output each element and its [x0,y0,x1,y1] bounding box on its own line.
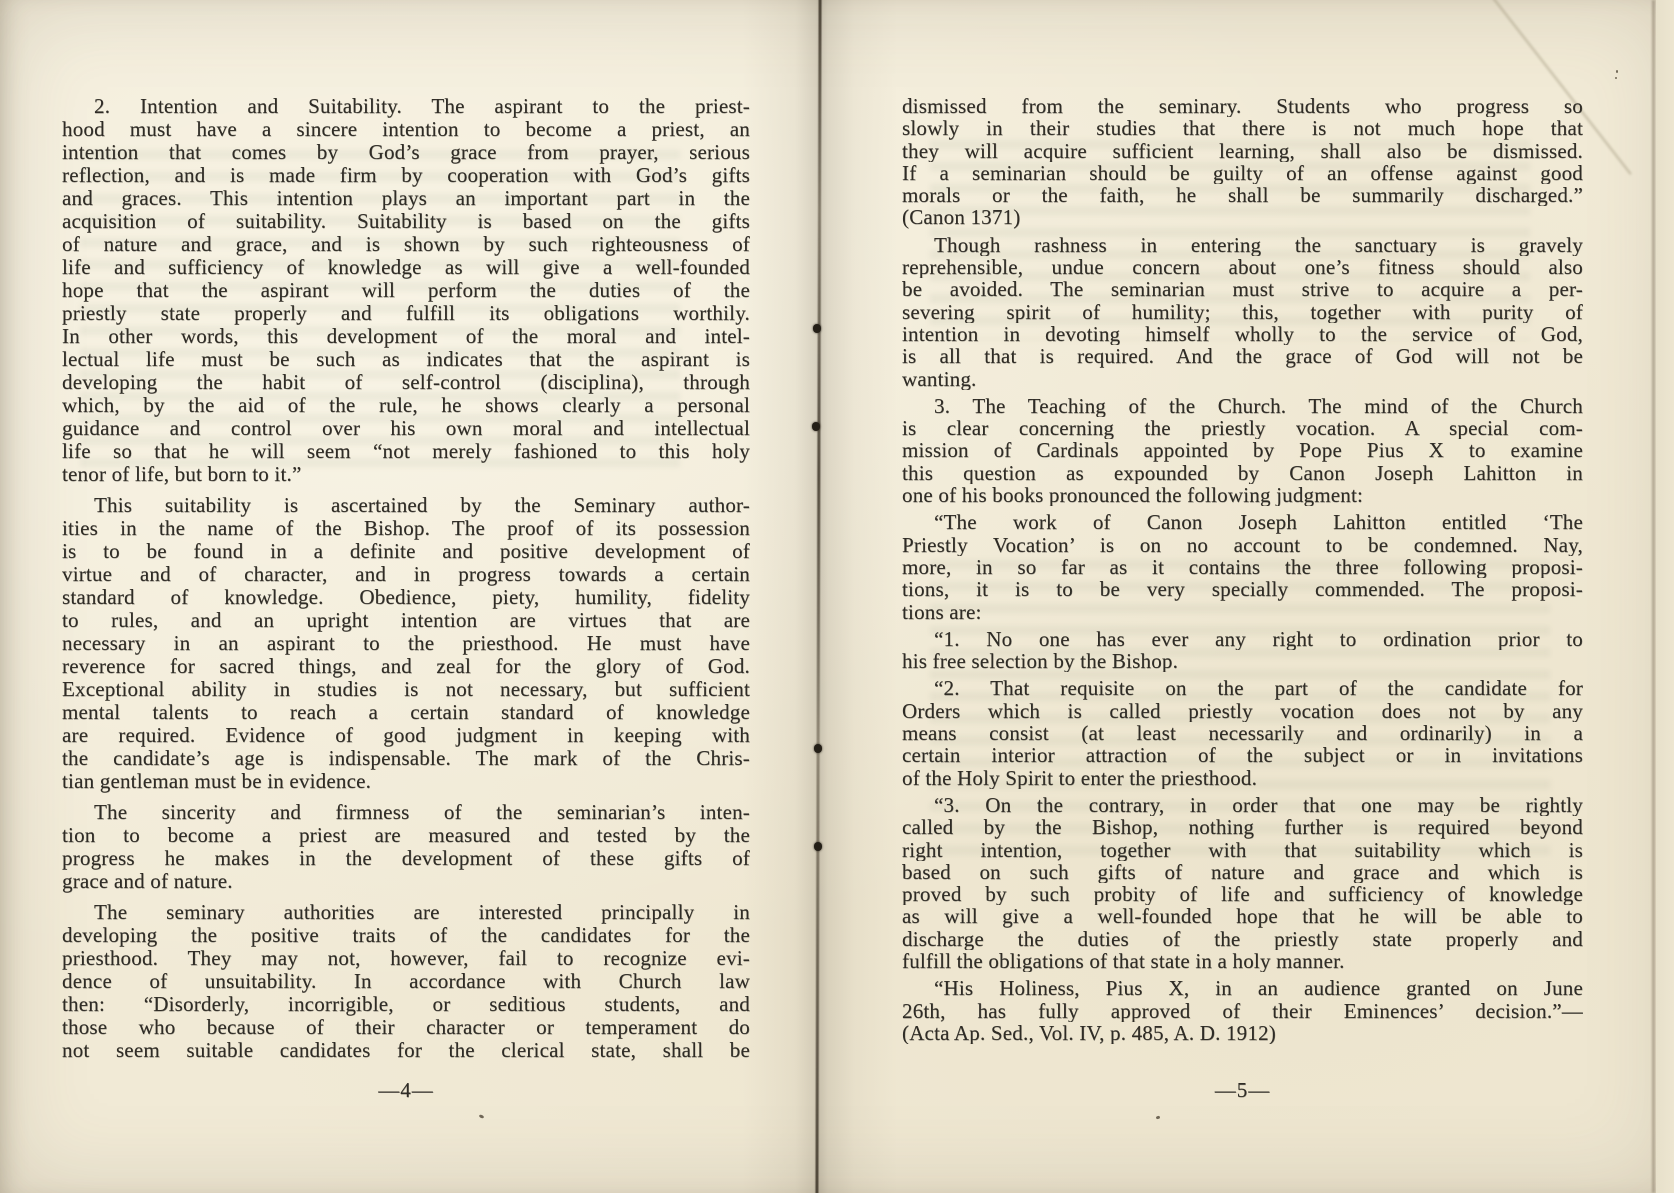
paragraph: “His Holiness, Pius X, in an audience gr… [902,977,1583,1044]
text-line: Exceptional ability in studies is not ne… [62,678,750,701]
text-line: which, by the aid of the rule, he shows … [62,394,750,417]
text-line: (Canon 1371) [902,206,1583,228]
text-line: morals or the faith, he shall be summari… [902,184,1583,206]
page-edge-strip [1656,0,1674,1193]
text-line: reflection, and is made firm by cooperat… [62,164,750,187]
text-line: is all that is required. And the grace o… [902,345,1583,367]
text-line: This suitability is ascertained by the S… [62,494,750,517]
text-line: tion to become a priest are measured and… [62,824,750,847]
text-line: certain interior attraction of the subje… [902,744,1583,766]
text-line: 3. The Teaching of the Church. The mind … [902,395,1583,417]
dust-speck [1615,77,1617,79]
right-page: dismissed from the seminary. Students wh… [902,95,1583,1049]
page-number-right: —5— [902,1076,1583,1104]
text-line: developing the habit of self-control (di… [62,371,750,394]
paragraph: dismissed from the seminary. Students wh… [902,95,1583,229]
text-line: (Acta Ap. Sed., Vol. IV, p. 485, A. D. 1… [902,1022,1583,1044]
staple-icon [812,422,820,431]
text-line: life so that he will seem “not merely fa… [62,440,750,463]
text-line: virtue and of character, and in progress… [62,563,750,586]
paragraph: “3. On the contrary, in order that one m… [902,794,1583,972]
text-line: standard of knowledge. Obedience, piety,… [62,586,750,609]
text-line: Priestly Vocation’ is on no account to b… [902,534,1583,556]
text-line: they will acquire sufficient learning, s… [902,140,1583,162]
text-line: “1. No one has ever any right to ordinat… [902,628,1583,650]
text-line: this question as expounded by Canon Jose… [902,462,1583,484]
text-line: “2. That requisite on the part of the ca… [902,677,1583,699]
text-line: severing spirit of humility; this, toget… [902,301,1583,323]
text-line: mission of Cardinals appointed by Pope P… [902,439,1583,461]
text-line: to rules, and an upright intention are v… [62,609,750,632]
text-line: In other words, this development of the … [62,325,750,348]
text-line: as will give a well-founded hope that he… [902,905,1583,927]
text-line: progress he makes in the development of … [62,847,750,870]
text-line: Though rashness in entering the sanctuar… [902,234,1583,256]
text-line: developing the positive traits of the ca… [62,924,750,947]
text-line: one of his books pronounced the followin… [902,484,1583,506]
text-line: tenor of life, but born to it.” [62,463,750,486]
text-line: then: “Disorderly, incorrigible, or sedi… [62,993,750,1016]
text-line: be avoided. The seminarian must strive t… [902,278,1583,300]
text-line: based on such gifts of nature and grace … [902,861,1583,883]
text-line: ities in the name of the Bishop. The pro… [62,517,750,540]
text-line: fulfill the obligations of that state in… [902,950,1583,972]
text-line: hood must have a sincere intention to be… [62,118,750,141]
text-line: necessary in an aspirant to the priestho… [62,632,750,655]
text-line: intention in devoting himself wholly to … [902,323,1583,345]
text-line: priestly state properly and fulfill its … [62,302,750,325]
text-line: not seem suitable candidates for the cle… [62,1039,750,1062]
text-line: 2. Intention and Suitability. The aspira… [62,95,750,118]
text-line: wanting. [902,368,1583,390]
paragraph: “2. That requisite on the part of the ca… [902,677,1583,788]
text-line: called by the Bishop, nothing further is… [902,816,1583,838]
paragraph: “The work of Canon Joseph Lahitton entit… [902,511,1583,622]
text-line: reprehensible, undue concern about one’s… [902,256,1583,278]
paragraph: This suitability is ascertained by the S… [62,494,750,793]
text-line: 26th, has fully approved of their Eminen… [902,1000,1583,1022]
text-line: If a seminarian should be guilty of an o… [902,162,1583,184]
text-line: tian gentleman must be in evidence. [62,770,750,793]
text-line: of nature and grace, and is shown by suc… [62,233,750,256]
text-line: tions are: [902,601,1583,623]
scanned-book-spread: 2. Intention and Suitability. The aspira… [0,0,1674,1193]
center-fold-line [815,0,821,1193]
text-line: means consist (at least necessarily and … [902,722,1583,744]
text-line: “3. On the contrary, in order that one m… [902,794,1583,816]
text-line: discharge the duties of the priestly sta… [902,928,1583,950]
text-line: dismissed from the seminary. Students wh… [902,95,1583,117]
text-line: tions, it is to be very specially commen… [902,578,1583,600]
text-line: reverence for sacred things, and zeal fo… [62,655,750,678]
text-line: acquisition of suitability. Suitability … [62,210,750,233]
text-line: more, in so far as it contains the three… [902,556,1583,578]
paragraph: 3. The Teaching of the Church. The mind … [902,395,1583,506]
text-line: intention that comes by God’s grace from… [62,141,750,164]
text-line: lectual life must be such as indicates t… [62,348,750,371]
text-line: mental talents to reach a certain standa… [62,701,750,724]
dust-speck [1616,70,1618,73]
staple-icon [814,744,822,753]
text-line: guidance and control over his own moral … [62,417,750,440]
text-line: is clear concerning the priestly vocatio… [902,417,1583,439]
dust-speck [479,1114,485,1119]
text-line: grace and of nature. [62,870,750,893]
staple-icon [813,324,821,333]
text-line: right intention, together with that suit… [902,839,1583,861]
text-line: “His Holiness, Pius X, in an audience gr… [902,977,1583,999]
text-line: Orders which is called priestly vocation… [902,700,1583,722]
text-line: are required. Evidence of good judgment … [62,724,750,747]
text-line: is to be found in a definite and positiv… [62,540,750,563]
paragraph: The seminary authorities are interested … [62,901,750,1062]
left-page: 2. Intention and Suitability. The aspira… [62,95,750,1070]
paragraph: The sincerity and firmness of the semina… [62,801,750,893]
text-line: dence of unsuitability. In accordance wi… [62,970,750,993]
text-line: The seminary authorities are interested … [62,901,750,924]
text-line: the candidate’s age is indispensable. Th… [62,747,750,770]
text-line: of the Holy Spirit to enter the priestho… [902,767,1583,789]
page-number-left: —4— [62,1076,750,1104]
text-line: his free selection by the Bishop. [902,650,1583,672]
paragraph: 2. Intention and Suitability. The aspira… [62,95,750,486]
text-line: and graces. This intention plays an impo… [62,187,750,210]
text-line: those who because of their character or … [62,1016,750,1039]
paragraph: “1. No one has ever any right to ordinat… [902,628,1583,673]
text-line: life and sufficiency of knowledge as wil… [62,256,750,279]
dust-speck [1156,1115,1161,1119]
text-line: proved by such probity of life and suffi… [902,883,1583,905]
text-line: hope that the aspirant will perform the … [62,279,750,302]
staple-icon [814,842,822,851]
text-line: The sincerity and firmness of the semina… [62,801,750,824]
text-line: priesthood. They may not, however, fail … [62,947,750,970]
page-edge [1652,0,1655,1193]
text-line: slowly in their studies that there is no… [902,117,1583,139]
text-line: “The work of Canon Joseph Lahitton entit… [902,511,1583,533]
paragraph: Though rashness in entering the sanctuar… [902,234,1583,390]
